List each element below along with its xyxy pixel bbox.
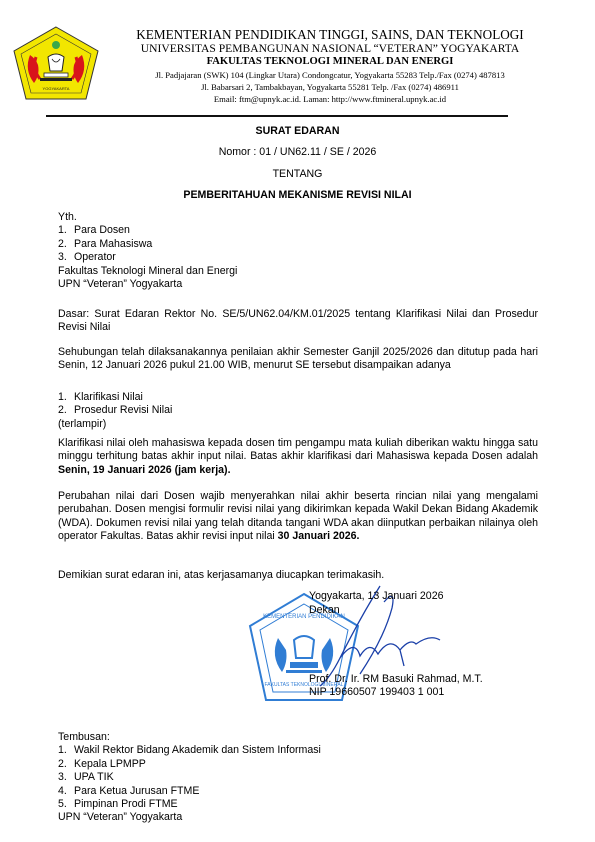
revisi-deadline: 30 Januari 2026.: [278, 530, 360, 542]
svg-text:YOGYAKARTA: YOGYAKARTA: [43, 86, 70, 91]
attachment-item: 1.Klarifikasi Nilai: [58, 391, 538, 404]
university-name: UNIVERSITAS PEMBANGUNAN NASIONAL “VETERA…: [110, 42, 550, 55]
signature-place-date: Yogyakarta, 13 Januari 2026: [309, 590, 539, 603]
recipient-item: 1.Para Dosen: [58, 224, 538, 237]
letter-number: Nomor : 01 / UN62.11 / SE / 2026: [0, 146, 595, 159]
recipients-block: Yth. 1.Para Dosen 2.Para Mahasiswa 3.Ope…: [58, 211, 538, 291]
tembusan-label: Tembusan:: [58, 731, 538, 744]
university-emblem-icon: YOGYAKARTA: [10, 25, 102, 103]
attachments-list: 1.Klarifikasi Nilai 2.Prosedur Revisi Ni…: [58, 391, 538, 431]
address-line-1: Jl. Padjajaran (SWK) 104 (Lingkar Utara)…: [110, 70, 550, 80]
klarifikasi-deadline: Senin, 19 Januari 2026 (jam kerja).: [58, 464, 231, 476]
signer-role: Dekan: [309, 604, 539, 617]
letter-page: YOGYAKARTA KEMENTERIAN PENDIDIKAN TINGGI…: [0, 0, 595, 842]
dasar-paragraph: Dasar: Surat Edaran Rektor No. SE/5/UN62…: [58, 308, 538, 335]
closing-paragraph: Demikian surat edaran ini, atas kerjasam…: [58, 569, 538, 582]
salutation: Yth.: [58, 211, 538, 224]
tembusan-block: Tembusan: 1.Wakil Rektor Bidang Akademik…: [58, 731, 538, 825]
letterhead-divider: [46, 115, 508, 117]
tembusan-footer: UPN “Veteran” Yogyakarta: [58, 811, 538, 824]
attachment-note: (terlampir): [58, 418, 538, 431]
tembusan-item: 5.Pimpinan Prodi FTME: [58, 798, 538, 811]
tentang-label: TENTANG: [0, 168, 595, 181]
faculty-name: FAKULTAS TEKNOLOGI MINERAL DAN ENERGI: [110, 56, 550, 67]
contact-line: Email: ftm@upnyk.ac.id. Laman: http://ww…: [110, 94, 550, 104]
recipient-org-university: UPN “Veteran” Yogyakarta: [58, 278, 538, 291]
perubahan-paragraph: Perubahan nilai dari Dosen wajib menyera…: [58, 490, 538, 544]
letter-subject: PEMBERITAHUAN MEKANISME REVISI NILAI: [0, 189, 595, 202]
tembusan-item: 2.Kepala LPMPP: [58, 758, 538, 771]
tembusan-item: 3.UPA TIK: [58, 771, 538, 784]
recipient-item: 3.Operator: [58, 251, 538, 264]
recipient-item: 2.Para Mahasiswa: [58, 238, 538, 251]
address-line-2: Jl. Babarsari 2, Tambakbayan, Yogyakarta…: [110, 82, 550, 92]
klarifikasi-paragraph: Klarifikasi nilai oleh mahasiswa kepada …: [58, 437, 538, 477]
recipient-org: Fakultas Teknologi Mineral dan Energi: [58, 265, 538, 278]
signer-name: Prof. Dr. Ir. RM Basuki Rahmad, M.T.: [309, 673, 539, 686]
tembusan-item: 1.Wakil Rektor Bidang Akademik dan Siste…: [58, 744, 538, 757]
sehubungan-paragraph: Sehubungan telah dilaksanakannya penilai…: [58, 346, 538, 373]
attachment-item: 2.Prosedur Revisi Nilai: [58, 404, 538, 417]
ministry-name: KEMENTERIAN PENDIDIKAN TINGGI, SAINS, DA…: [110, 27, 550, 43]
signer-nip: NIP 19660507 199403 1 001: [309, 686, 539, 699]
tembusan-item: 4.Para Ketua Jurusan FTME: [58, 785, 538, 798]
letter-title: SURAT EDARAN: [0, 125, 595, 138]
